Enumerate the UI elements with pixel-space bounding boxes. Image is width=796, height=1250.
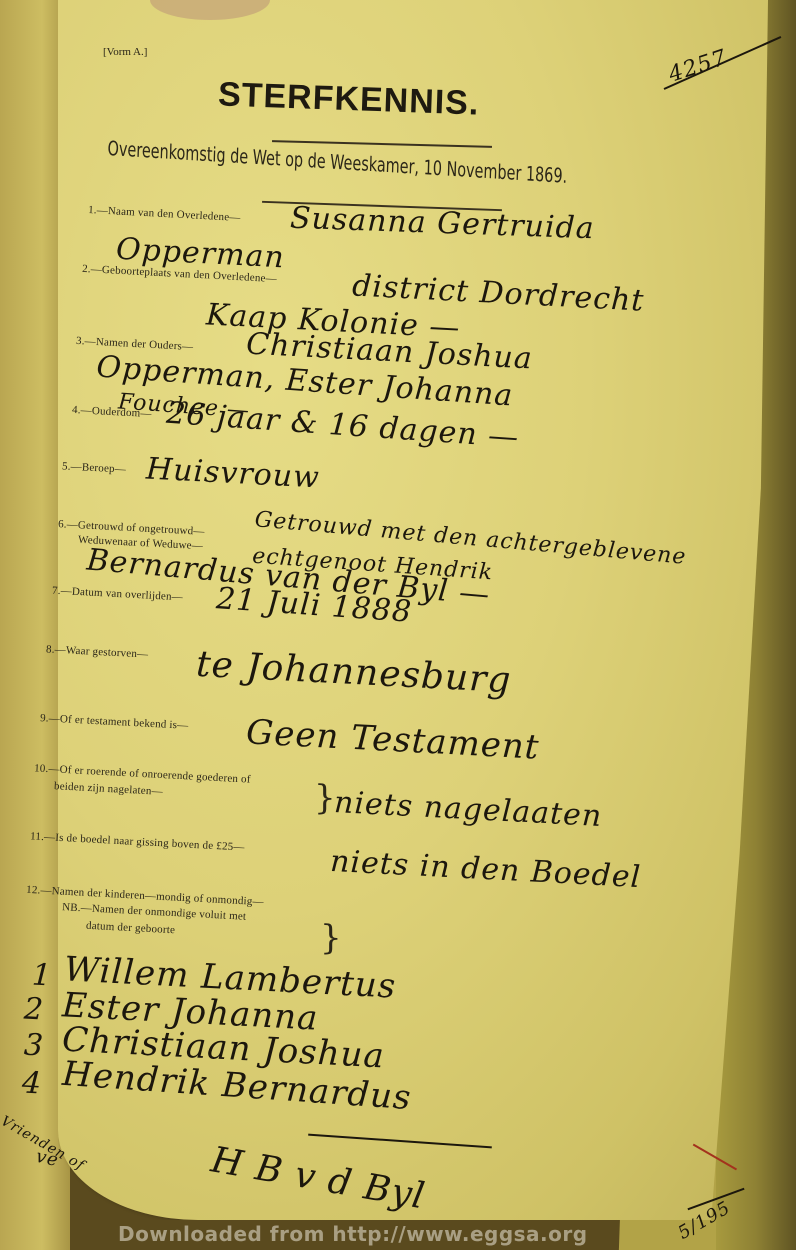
margin-note-line-2: ve <box>34 1146 61 1171</box>
field-10-brace: } <box>314 778 336 818</box>
form-reference: [Vorm A.] <box>103 46 147 58</box>
child-number: 4 <box>21 1065 43 1101</box>
child-number: 3 <box>23 1027 45 1063</box>
field-12-brace: } <box>320 918 342 958</box>
watermark: Downloaded from http://www.eggsa.org <box>118 1222 588 1246</box>
child-number: 2 <box>23 991 45 1027</box>
child-number: 1 <box>31 957 53 993</box>
